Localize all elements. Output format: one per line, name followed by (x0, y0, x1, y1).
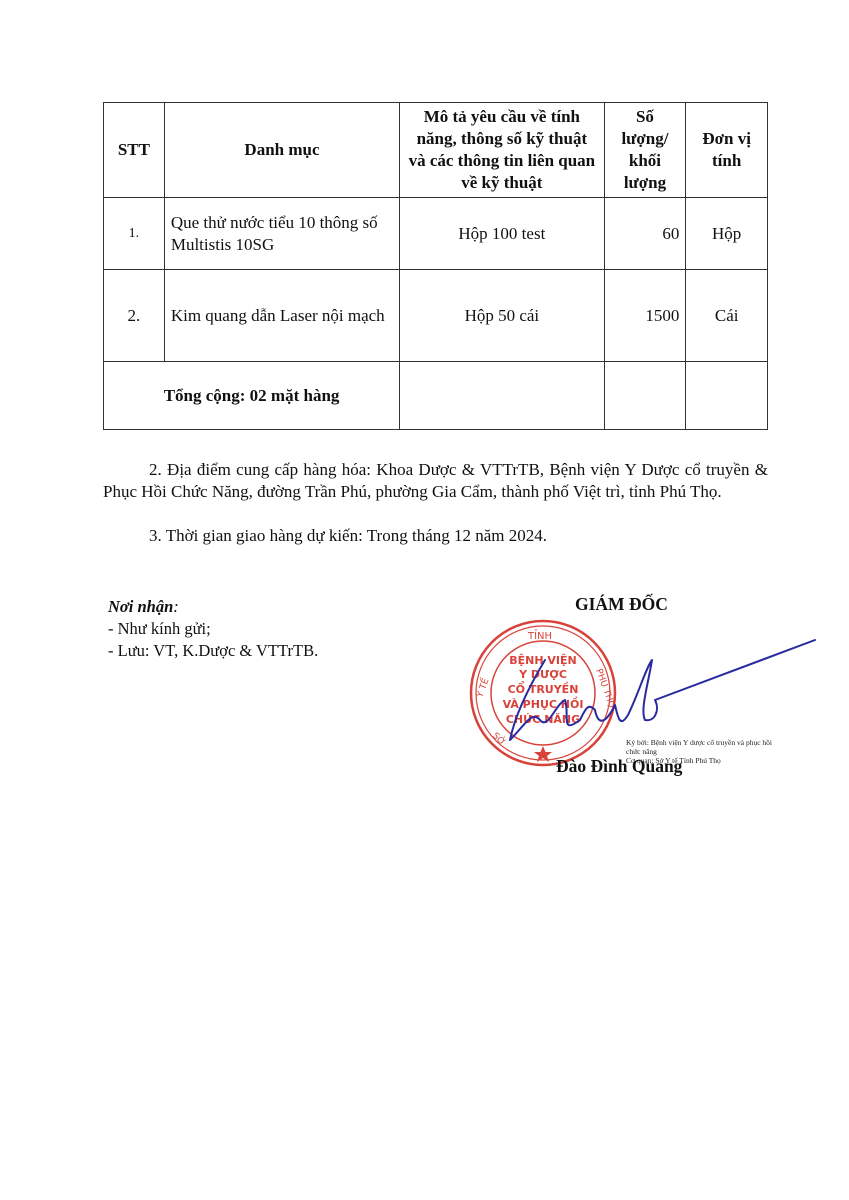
cell-desc: Hộp 100 test (400, 198, 604, 270)
delivery-time-paragraph: 3. Thời gian giao hàng dự kiến: Trong th… (103, 525, 768, 547)
header-name: Danh mục (164, 103, 399, 198)
header-stt: STT (104, 103, 165, 198)
recipients-block: Nơi nhận: - Như kính gửi; - Lưu: VT, K.D… (108, 596, 318, 662)
total-desc-empty (400, 362, 604, 430)
recipient-item: - Lưu: VT, K.Dược & VTTrTB. (108, 640, 318, 662)
table-row: 2. Kim quang dẫn Laser nội mạch Hộp 50 c… (104, 270, 768, 362)
header-unit: Đơn vị tính (686, 103, 768, 198)
cell-desc: Hộp 50 cái (400, 270, 604, 362)
total-qty-empty (604, 362, 686, 430)
signed-by-line: Ký bởi: Bệnh viện Y dược cổ truyền và ph… (626, 738, 776, 756)
cell-stt: 1. (104, 198, 165, 270)
recipients-heading: Nơi nhận: (108, 596, 318, 618)
header-desc: Mô tả yêu cầu về tính năng, thông số kỹ … (400, 103, 604, 198)
recipient-item: - Như kính gửi; (108, 618, 318, 640)
table-header-row: STT Danh mục Mô tả yêu cầu về tính năng,… (104, 103, 768, 198)
recipients-colon: : (173, 597, 179, 616)
total-unit-empty (686, 362, 768, 430)
handwritten-signature-icon (470, 630, 820, 750)
cell-name: Que thử nước tiểu 10 thông số Multistis … (164, 198, 399, 270)
header-qty: Số lượng/ khối lượng (604, 103, 686, 198)
director-title: GIÁM ĐỐC (575, 594, 668, 615)
recipients-title: Nơi nhận (108, 597, 173, 616)
table-row: 1. Que thử nước tiểu 10 thông số Multist… (104, 198, 768, 270)
cell-unit: Hộp (686, 198, 768, 270)
delivery-location-paragraph: 2. Địa điểm cung cấp hàng hóa: Khoa Dược… (103, 459, 768, 503)
cell-stt: 2. (104, 270, 165, 362)
total-label: Tổng cộng: 02 mặt hàng (104, 362, 400, 430)
cell-name: Kim quang dẫn Laser nội mạch (164, 270, 399, 362)
cell-unit: Cái (686, 270, 768, 362)
table-total-row: Tổng cộng: 02 mặt hàng (104, 362, 768, 430)
cell-qty: 1500 (604, 270, 686, 362)
cell-qty: 60 (604, 198, 686, 270)
director-name: Đào Đình Quang (556, 756, 682, 777)
items-table: STT Danh mục Mô tả yêu cầu về tính năng,… (103, 102, 768, 430)
